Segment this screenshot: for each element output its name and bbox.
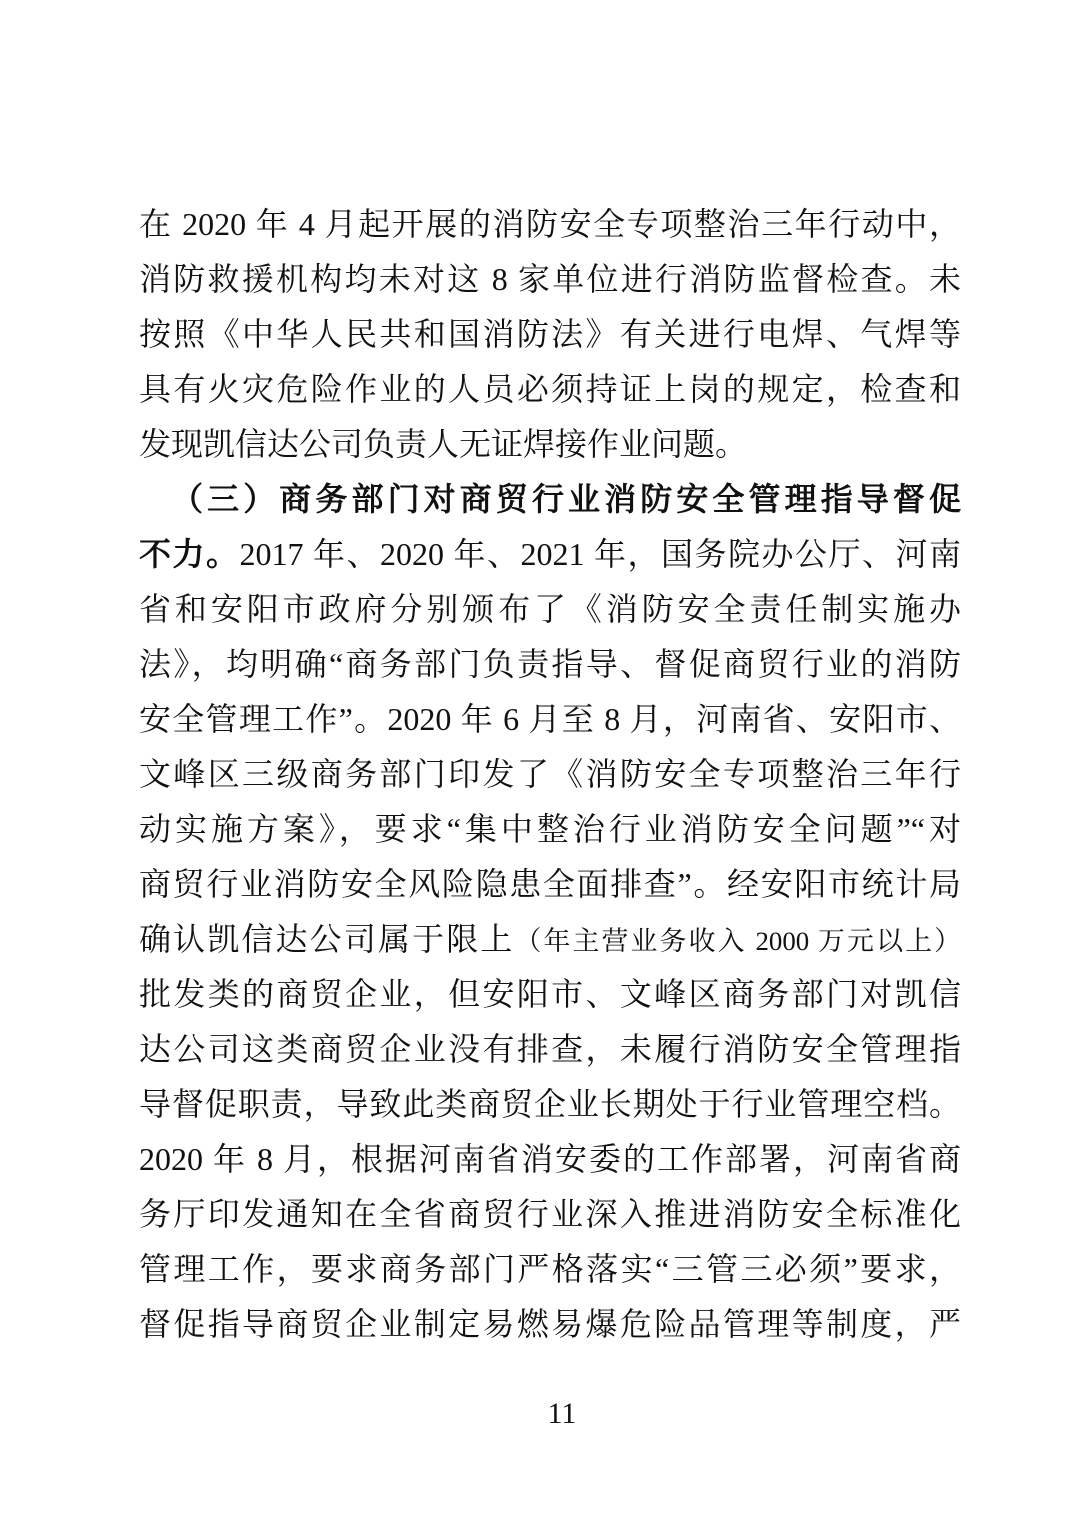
text-line: 安全管理工作”。2020 年 6 月至 8 月，河南省、安阳市、 bbox=[139, 692, 961, 747]
text-segment: 导督促职责，导致此类商贸企业长期处于行业管理空档。 bbox=[139, 1086, 961, 1122]
text-segment: 确认凯信达公司属于限上 bbox=[139, 921, 515, 957]
text-line: 在 2020 年 4 月起开展的消防安全专项整治三年行动中， bbox=[139, 197, 961, 252]
text-line: 管理工作，要求商务部门严格落实“三管三必须”要求， bbox=[139, 1242, 961, 1297]
text-segment: 省和安阳市政府分别颁布了《消防安全责任制实施办 bbox=[139, 591, 961, 627]
text-segment: 达公司这类商贸企业没有排查，未履行消防安全管理指 bbox=[139, 1031, 961, 1067]
text-line: 消防救援机构均未对这 8 家单位进行消防监督检查。未 bbox=[139, 252, 961, 307]
text-line: 确认凯信达公司属于限上（年主营业务收入 2000 万元以上） bbox=[139, 912, 961, 967]
text-line: 法》，均明确“商务部门负责指导、督促商贸行业的消防 bbox=[139, 637, 961, 692]
text-line: 按照《中华人民共和国消防法》有关进行电焊、气焊等 bbox=[139, 307, 961, 362]
bold-segment: （三）商务部门对商贸行业消防安全管理指导督促 bbox=[171, 481, 961, 517]
text-line: 2020 年 8 月，根据河南省消安委的工作部署，河南省商 bbox=[139, 1132, 961, 1187]
text-segment: 管理工作，要求商务部门严格落实“三管三必须”要求， bbox=[139, 1251, 961, 1287]
text-line: 发现凯信达公司负责人无证焊接作业问题。 bbox=[139, 417, 961, 472]
text-segment: 消防救援机构均未对这 8 家单位进行消防监督检查。未 bbox=[139, 261, 961, 297]
document-page: 在 2020 年 4 月起开展的消防安全专项整治三年行动中， 消防救援机构均未对… bbox=[0, 0, 1080, 1526]
text-line: 文峰区三级商务部门印发了《消防安全专项整治三年行 bbox=[139, 747, 961, 802]
text-segment: 督促指导商贸企业制定易燃易爆危险品管理等制度，严 bbox=[139, 1306, 961, 1342]
text-segment: 批发类的商贸企业，但安阳市、文峰区商务部门对凯信 bbox=[139, 976, 961, 1012]
text-segment: 具有火灾危险作业的人员必须持证上岗的规定，检查和 bbox=[139, 371, 961, 407]
body-text-block: 在 2020 年 4 月起开展的消防安全专项整治三年行动中， 消防救援机构均未对… bbox=[139, 197, 961, 1352]
text-line: 务厅印发通知在全省商贸行业深入推进消防安全标准化 bbox=[139, 1187, 961, 1242]
page-number: 11 bbox=[0, 1396, 1080, 1432]
text-segment: 按照《中华人民共和国消防法》有关进行电焊、气焊等 bbox=[139, 316, 961, 352]
text-line: 导督促职责，导致此类商贸企业长期处于行业管理空档。 bbox=[139, 1077, 961, 1132]
text-line: 不力。2017 年、2020 年、2021 年，国务院办公厅、河南 bbox=[139, 527, 961, 582]
text-line: 督促指导商贸企业制定易燃易爆危险品管理等制度，严 bbox=[139, 1297, 961, 1352]
text-segment: 法》，均明确“商务部门负责指导、督促商贸行业的消防 bbox=[139, 646, 961, 682]
text-line: 商贸行业消防安全风险隐患全面排查”。经安阳市统计局 bbox=[139, 857, 961, 912]
small-segment: （年主营业务收入 2000 万元以上） bbox=[515, 926, 961, 956]
text-segment: 发现凯信达公司负责人无证焊接作业问题。 bbox=[139, 426, 747, 462]
text-line: 省和安阳市政府分别颁布了《消防安全责任制实施办 bbox=[139, 582, 961, 637]
bold-segment: 不力。 bbox=[139, 536, 240, 572]
text-segment: 在 2020 年 4 月起开展的消防安全专项整治三年行动中， bbox=[139, 206, 961, 242]
text-segment: 2020 年 8 月，根据河南省消安委的工作部署，河南省商 bbox=[139, 1141, 961, 1177]
text-segment: 务厅印发通知在全省商贸行业深入推进消防安全标准化 bbox=[139, 1196, 961, 1232]
text-line: 具有火灾危险作业的人员必须持证上岗的规定，检查和 bbox=[139, 362, 961, 417]
text-segment: 文峰区三级商务部门印发了《消防安全专项整治三年行 bbox=[139, 756, 961, 792]
text-segment: 动实施方案》，要求“集中整治行业消防安全问题”“对 bbox=[139, 811, 961, 847]
text-line: 达公司这类商贸企业没有排查，未履行消防安全管理指 bbox=[139, 1022, 961, 1077]
text-segment: 2017 年、2020 年、2021 年，国务院办公厅、河南 bbox=[240, 536, 961, 572]
text-line: 批发类的商贸企业，但安阳市、文峰区商务部门对凯信 bbox=[139, 967, 961, 1022]
section-heading-line: （三）商务部门对商贸行业消防安全管理指导督促 bbox=[139, 472, 961, 527]
text-segment: 安全管理工作”。2020 年 6 月至 8 月，河南省、安阳市、 bbox=[139, 701, 961, 737]
text-line: 动实施方案》，要求“集中整治行业消防安全问题”“对 bbox=[139, 802, 961, 857]
text-segment: 商贸行业消防安全风险隐患全面排查”。经安阳市统计局 bbox=[139, 866, 961, 902]
